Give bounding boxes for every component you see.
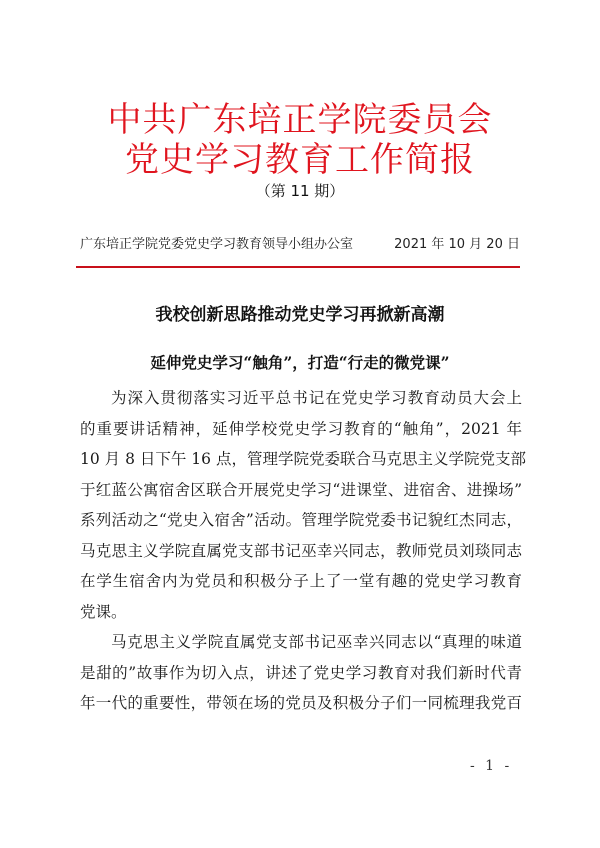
text-line: 马克思主义学院直属党支部书记巫幸兴同志，教师党员刘琰同志 [80,536,522,567]
article-title: 我校创新思路推动党史学习再掀新高潮 [0,300,600,325]
red-divider-rule [76,266,520,268]
text-line: 为深入贯彻落实习近平总书记在党史学习教育动员大会上 [80,383,522,414]
text-line: 是甜的”故事作为切入点，讲述了党史学习教育对我们新时代青 [80,658,522,689]
masthead-bulletin-title: 党史学习教育工作简报 [0,140,600,180]
paragraph-2: 马克思主义学院直属党支部书记巫幸兴同志以“真理的味道 是甜的”故事作为切入点，讲… [80,627,522,719]
text-line: 年一代的重要性，带领在场的党员及积极分子们一同梳理我党百 [80,688,522,719]
text-line: 的重要讲话精神，延伸学校党史学习教育的“触角”，2021 年 [80,414,522,445]
article-subtitle: 延伸党史学习“触角”，打造“行走的微党课” [0,351,600,373]
text-line: 系列活动之“党史入宿舍”活动。管理学院党委书记貌红杰同志， [80,505,522,536]
issue-number: （第 11 期） [0,180,600,201]
publisher-office: 广东培正学院党委党史学习教育领导小组办公室 [80,233,353,252]
publish-date: 2021 年 10 月 20 日 [394,233,520,252]
text-line: 10 月 8 日下午 16 点，管理学院党委联合马克思主义学院党支部 [80,444,522,475]
page-number: - 1 - [470,758,512,774]
article-body: 为深入贯彻落实习近平总书记在党史学习教育动员大会上 的重要讲话精神，延伸学校党史… [80,383,522,719]
paragraph-1: 为深入贯彻落实习近平总书记在党史学习教育动员大会上 的重要讲话精神，延伸学校党史… [80,383,522,627]
publisher-row: 广东培正学院党委党史学习教育领导小组办公室 2021 年 10 月 20 日 [80,233,520,252]
masthead-org-title: 中共广东培正学院委员会 [0,100,600,140]
text-line: 在学生宿舍内为党员和积极分子上了一堂有趣的党史学习教育 [80,566,522,597]
text-line: 于红蓝公寓宿舍区联合开展党史学习“进课堂、进宿舍、进操场” [80,475,522,506]
text-line: 党课。 [80,597,522,628]
text-line: 马克思主义学院直属党支部书记巫幸兴同志以“真理的味道 [80,627,522,658]
document-page: 中共广东培正学院委员会 党史学习教育工作简报 （第 11 期） 广东培正学院党委… [0,0,600,848]
